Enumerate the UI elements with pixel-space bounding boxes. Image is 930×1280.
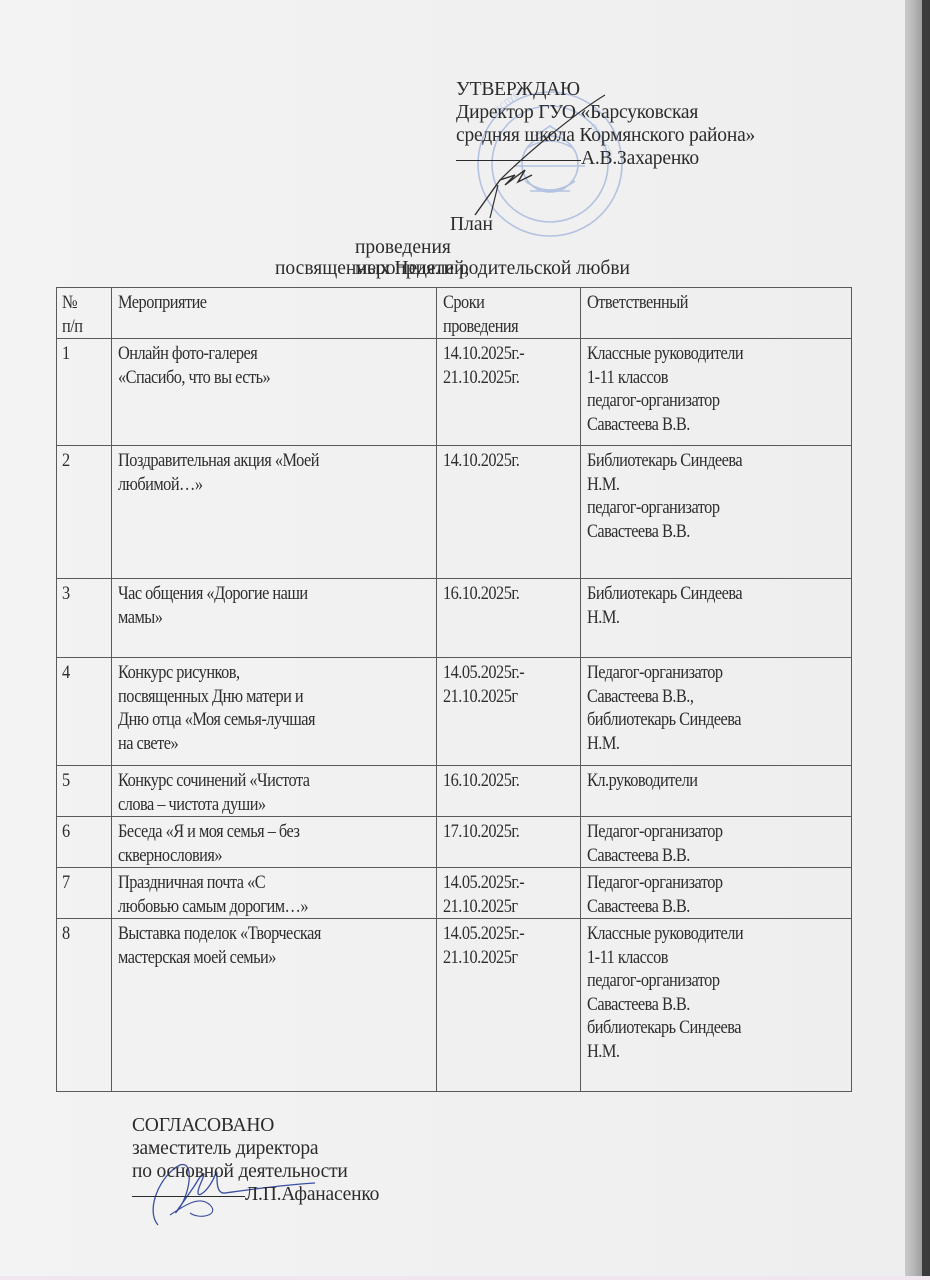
row-event-line: Онлайн фото-галерея [118,342,430,366]
agreement-line-1: заместитель директора [132,1137,379,1160]
row-responsible-line: Классные руководители [587,342,845,366]
row-event-line: любимой…» [118,473,430,497]
row-event-text: Онлайн фото-галерея [118,342,257,366]
table-row: 2Поздравительная акция «Моейлюбимой…»14.… [57,446,852,579]
row-event-line: сквернословия» [118,844,430,868]
row-responsible-text: 1-11 классов [587,366,668,390]
row-responsible-line: педагог-организатор [587,389,845,413]
row-event: Беседа «Я и моя семья – безсквернословия… [112,817,437,868]
row-dates: 14.05.2025г.-21.10.2025г [437,919,581,1092]
row-responsible-line: Классные руководители [587,922,845,946]
row-event-line: на свете» [118,732,430,756]
row-num-text: 3 [62,582,70,606]
row-responsible: Классные руководители1-11 классовпедагог… [581,919,852,1092]
row-responsible-line: педагог-организатор [587,969,845,993]
row-responsible-line: Н.М. [587,473,845,497]
row-responsible-line: Н.М. [587,1040,845,1064]
row-event-text: Выставка поделок «Творческая [118,922,321,946]
row-dates-line: 14.05.2025г.- [443,871,574,895]
row-event-line: «Спасибо, что вы есть» [118,366,430,390]
row-responsible-line: библиотекарь Синдеева [587,1016,845,1040]
row-event-text: «Спасибо, что вы есть» [118,366,270,390]
header-line: п/п [62,315,105,339]
agreement-line-2: по основной деятельности [132,1160,379,1183]
row-responsible-text: Н.М. [587,732,619,756]
row-dates-text: 14.10.2025г.- [443,342,524,366]
row-responsible-line: Библиотекарь Синдеева [587,449,845,473]
row-dates-line: 14.10.2025г.- [443,342,574,366]
row-event-line: посвященных Дню матери и [118,685,430,709]
row-num-line: 1 [62,342,105,366]
row-responsible-line: Савастеева В.В. [587,413,845,437]
header-line: Сроки [443,291,574,315]
row-responsible-text: Савастеева В.В., [587,685,693,709]
row-dates-line: 16.10.2025г. [443,582,574,606]
table-row: 4Конкурс рисунков,посвященных Дню матери… [57,658,852,766]
row-responsible-line: Педагог-организатор [587,871,845,895]
row-event-text: Дню отца «Моя семья-лучшая [118,708,315,732]
signature-line [456,160,581,161]
agreement-signatory: Л.П.Афанасенко [245,1184,379,1205]
row-dates-text: 17.10.2025г. [443,820,519,844]
row-dates-line: 16.10.2025г. [443,769,574,793]
row-event-text: Конкурс рисунков, [118,661,240,685]
row-dates-text: 21.10.2025г [443,895,518,919]
row-dates: 14.05.2025г.-21.10.2025г [437,658,581,766]
row-responsible-text: Кл.руководители [587,769,697,793]
row-responsible-text: педагог-организатор [587,496,719,520]
row-event: Конкурс рисунков,посвященных Дню матери … [112,658,437,766]
row-responsible-line: Савастеева В.В. [587,895,845,919]
row-responsible: Кл.руководители [581,766,852,817]
row-num: 1 [57,339,112,446]
row-responsible-text: Савастеева В.В. [587,993,690,1017]
header-text: Сроки [443,291,484,315]
row-dates-text: 14.05.2025г.- [443,871,524,895]
approval-block: УТВЕРЖДАЮ Директор ГУО «Барсуковская сре… [456,78,755,170]
row-dates-text: 16.10.2025г. [443,582,519,606]
row-responsible: Педагог-организаторСавастеева В.В. [581,868,852,919]
row-event-line: Дню отца «Моя семья-лучшая [118,708,430,732]
row-responsible-line: Савастеева В.В., [587,685,845,709]
row-responsible-text: Н.М. [587,1040,619,1064]
row-event-line: любовью самым дорогим…» [118,895,430,919]
approval-line-2: средняя школа Кормянского района» [456,124,755,147]
row-num-line: 6 [62,820,105,844]
row-responsible-line: 1-11 классов [587,366,845,390]
approval-signatory: А.В.Захаренко [581,148,699,169]
row-num-text: 2 [62,449,70,473]
approval-signature-row: А.В.Захаренко [456,147,755,170]
header-line: № [62,291,105,315]
row-event: Онлайн фото-галерея«Спасибо, что вы есть… [112,339,437,446]
row-dates-line: 17.10.2025г. [443,820,574,844]
row-num: 4 [57,658,112,766]
row-responsible-line: Савастеева В.В. [587,993,845,1017]
row-event: Праздничная почта «Слюбовью самым дороги… [112,868,437,919]
row-event-line: мамы» [118,606,430,630]
row-num: 3 [57,579,112,658]
row-event: Поздравительная акция «Моейлюбимой…» [112,446,437,579]
agreement-block: СОГЛАСОВАНО заместитель директора по осн… [132,1114,379,1206]
row-responsible-text: Классные руководители [587,922,743,946]
row-num: 6 [57,817,112,868]
row-event-text: Беседа «Я и моя семья – без [118,820,299,844]
row-responsible-text: Библиотекарь Синдеева [587,582,742,606]
row-responsible: Педагог-организаторСавастеева В.В. [581,817,852,868]
row-event-text: Праздничная почта «С [118,871,265,895]
header-line: проведения [443,315,574,339]
row-num-line: 4 [62,661,105,685]
row-event-text: Конкурс сочинений «Чистота [118,769,310,793]
row-event-text: Поздравительная акция «Моей [118,449,319,473]
table-header-row: №п/п Мероприятие Срокипроведения Ответст… [57,288,852,339]
row-event-line: мастерская моей семьи» [118,946,430,970]
row-responsible: Классные руководители1-11 классовпедагог… [581,339,852,446]
header-dates: Срокипроведения [437,288,581,339]
row-num-text: 4 [62,661,70,685]
row-responsible-text: педагог-организатор [587,389,719,413]
row-responsible-line: Библиотекарь Синдеева [587,582,845,606]
table-row: 6Беседа «Я и моя семья – безсквернослови… [57,817,852,868]
row-num-text: 5 [62,769,70,793]
row-num-line: 3 [62,582,105,606]
row-responsible-line: Кл.руководители [587,769,845,793]
header-line: Мероприятие [118,291,430,315]
approval-line-1: Директор ГУО «Барсуковская [456,101,755,124]
row-event-text: сквернословия» [118,844,222,868]
row-dates-text: 21.10.2025г [443,946,518,970]
row-event-text: слова – чистота души» [118,793,266,817]
row-dates: 14.10.2025г.-21.10.2025г. [437,339,581,446]
approval-heading: УТВЕРЖДАЮ [456,78,755,101]
row-event-text: на свете» [118,732,178,756]
row-responsible-text: Савастеева В.В. [587,413,690,437]
row-dates: 17.10.2025г. [437,817,581,868]
row-responsible-text: библиотекарь Синдеева [587,708,741,732]
row-dates-line: 21.10.2025г [443,946,574,970]
header-text: Ответственный [587,291,688,315]
row-num: 2 [57,446,112,579]
row-responsible-line: библиотекарь Синдеева [587,708,845,732]
row-dates-line: 21.10.2025г [443,685,574,709]
table-row: 5Конкурс сочинений «Чистотаслова – чисто… [57,766,852,817]
row-event-text: мамы» [118,606,162,630]
header-text: Мероприятие [118,291,207,315]
row-dates-line: 14.05.2025г.- [443,922,574,946]
row-num-text: 8 [62,922,70,946]
row-dates-line: 14.05.2025г.- [443,661,574,685]
row-dates-text: 16.10.2025г. [443,769,519,793]
row-num-text: 7 [62,871,70,895]
row-dates: 14.05.2025г.-21.10.2025г [437,868,581,919]
row-dates-line: 14.10.2025г. [443,449,574,473]
agreement-signature-row: Л.П.Афанасенко [132,1183,379,1206]
row-num-line: 7 [62,871,105,895]
row-responsible: Педагог-организаторСавастеева В.В.,библи… [581,658,852,766]
events-table: №п/п Мероприятие Срокипроведения Ответст… [56,287,852,1092]
agreement-heading: СОГЛАСОВАНО [132,1114,379,1137]
row-event-text: мастерская моей семьи» [118,946,276,970]
row-responsible-text: Классные руководители [587,342,743,366]
row-responsible-text: 1-11 классов [587,946,668,970]
row-dates-text: 21.10.2025г. [443,366,519,390]
row-responsible-line: Н.М. [587,732,845,756]
table-row: 8Выставка поделок «Творческаямастерская … [57,919,852,1092]
row-responsible-text: педагог-организатор [587,969,719,993]
document-subtitle-2: посвященных Неделе родительской любви [275,258,775,279]
row-responsible-line: 1-11 классов [587,946,845,970]
row-event-line: Конкурс рисунков, [118,661,430,685]
row-dates-line: 21.10.2025г [443,895,574,919]
row-event-line: Беседа «Я и моя семья – без [118,820,430,844]
row-responsible-text: Савастеева В.В. [587,520,690,544]
row-dates-text: 21.10.2025г [443,685,518,709]
row-event-line: Час общения «Дорогие наши [118,582,430,606]
row-responsible-text: Н.М. [587,473,619,497]
row-num-line: 2 [62,449,105,473]
row-num: 7 [57,868,112,919]
page-edge-shadow [905,0,922,1276]
row-event-text: посвященных Дню матери и [118,685,303,709]
row-dates: 16.10.2025г. [437,766,581,817]
row-responsible-text: Педагог-организатор [587,661,723,685]
row-event-text: Час общения «Дорогие наши [118,582,308,606]
row-num-text: 6 [62,820,70,844]
row-responsible-line: Савастеева В.В. [587,520,845,544]
row-responsible: Библиотекарь СиндееваН.М. [581,579,852,658]
row-dates: 16.10.2025г. [437,579,581,658]
row-num-line: 8 [62,922,105,946]
row-responsible-text: Библиотекарь Синдеева [587,449,742,473]
row-responsible-text: Педагог-организатор [587,820,723,844]
header-event: Мероприятие [112,288,437,339]
row-responsible-line: Педагог-организатор [587,661,845,685]
row-event-line: Праздничная почта «С [118,871,430,895]
row-num-text: 1 [62,342,70,366]
header-text: п/п [62,315,82,339]
header-text: проведения [443,315,518,339]
row-responsible-text: Педагог-организатор [587,871,723,895]
page-bottom-edge [0,1276,930,1280]
header-responsible: Ответственный [581,288,852,339]
row-event-line: Конкурс сочинений «Чистота [118,769,430,793]
row-event: Выставка поделок «Творческаямастерская м… [112,919,437,1092]
row-num: 5 [57,766,112,817]
row-event-line: Поздравительная акция «Моей [118,449,430,473]
row-dates-text: 14.10.2025г. [443,449,519,473]
row-responsible-text: библиотекарь Синдеева [587,1016,741,1040]
document-title: План [450,214,520,235]
row-num: 8 [57,919,112,1092]
row-responsible-line: педагог-организатор [587,496,845,520]
row-dates-line: 21.10.2025г. [443,366,574,390]
row-event-text: любовью самым дорогим…» [118,895,308,919]
signature-line [132,1196,245,1197]
header-num: №п/п [57,288,112,339]
table-row: 1Онлайн фото-галерея«Спасибо, что вы ест… [57,339,852,446]
row-event-text: любимой…» [118,473,203,497]
table-row: 7Праздничная почта «Слюбовью самым дорог… [57,868,852,919]
table-row: 3Час общения «Дорогие нашимамы»16.10.202… [57,579,852,658]
row-responsible-line: Педагог-организатор [587,820,845,844]
row-dates-text: 14.05.2025г.- [443,922,524,946]
row-responsible: Библиотекарь СиндееваН.М.педагог-организ… [581,446,852,579]
row-dates: 14.10.2025г. [437,446,581,579]
header-text: № [62,291,77,315]
row-event: Час общения «Дорогие нашимамы» [112,579,437,658]
header-line: Ответственный [587,291,845,315]
row-responsible-text: Н.М. [587,606,619,630]
row-responsible-line: Савастеева В.В. [587,844,845,868]
row-dates-text: 14.05.2025г.- [443,661,524,685]
row-responsible-line: Н.М. [587,606,845,630]
row-event-line: Выставка поделок «Творческая [118,922,430,946]
row-responsible-text: Савастеева В.В. [587,895,690,919]
row-responsible-text: Савастеева В.В. [587,844,690,868]
row-event-line: слова – чистота души» [118,793,430,817]
row-num-line: 5 [62,769,105,793]
row-event: Конкурс сочинений «Чистотаслова – чистот… [112,766,437,817]
